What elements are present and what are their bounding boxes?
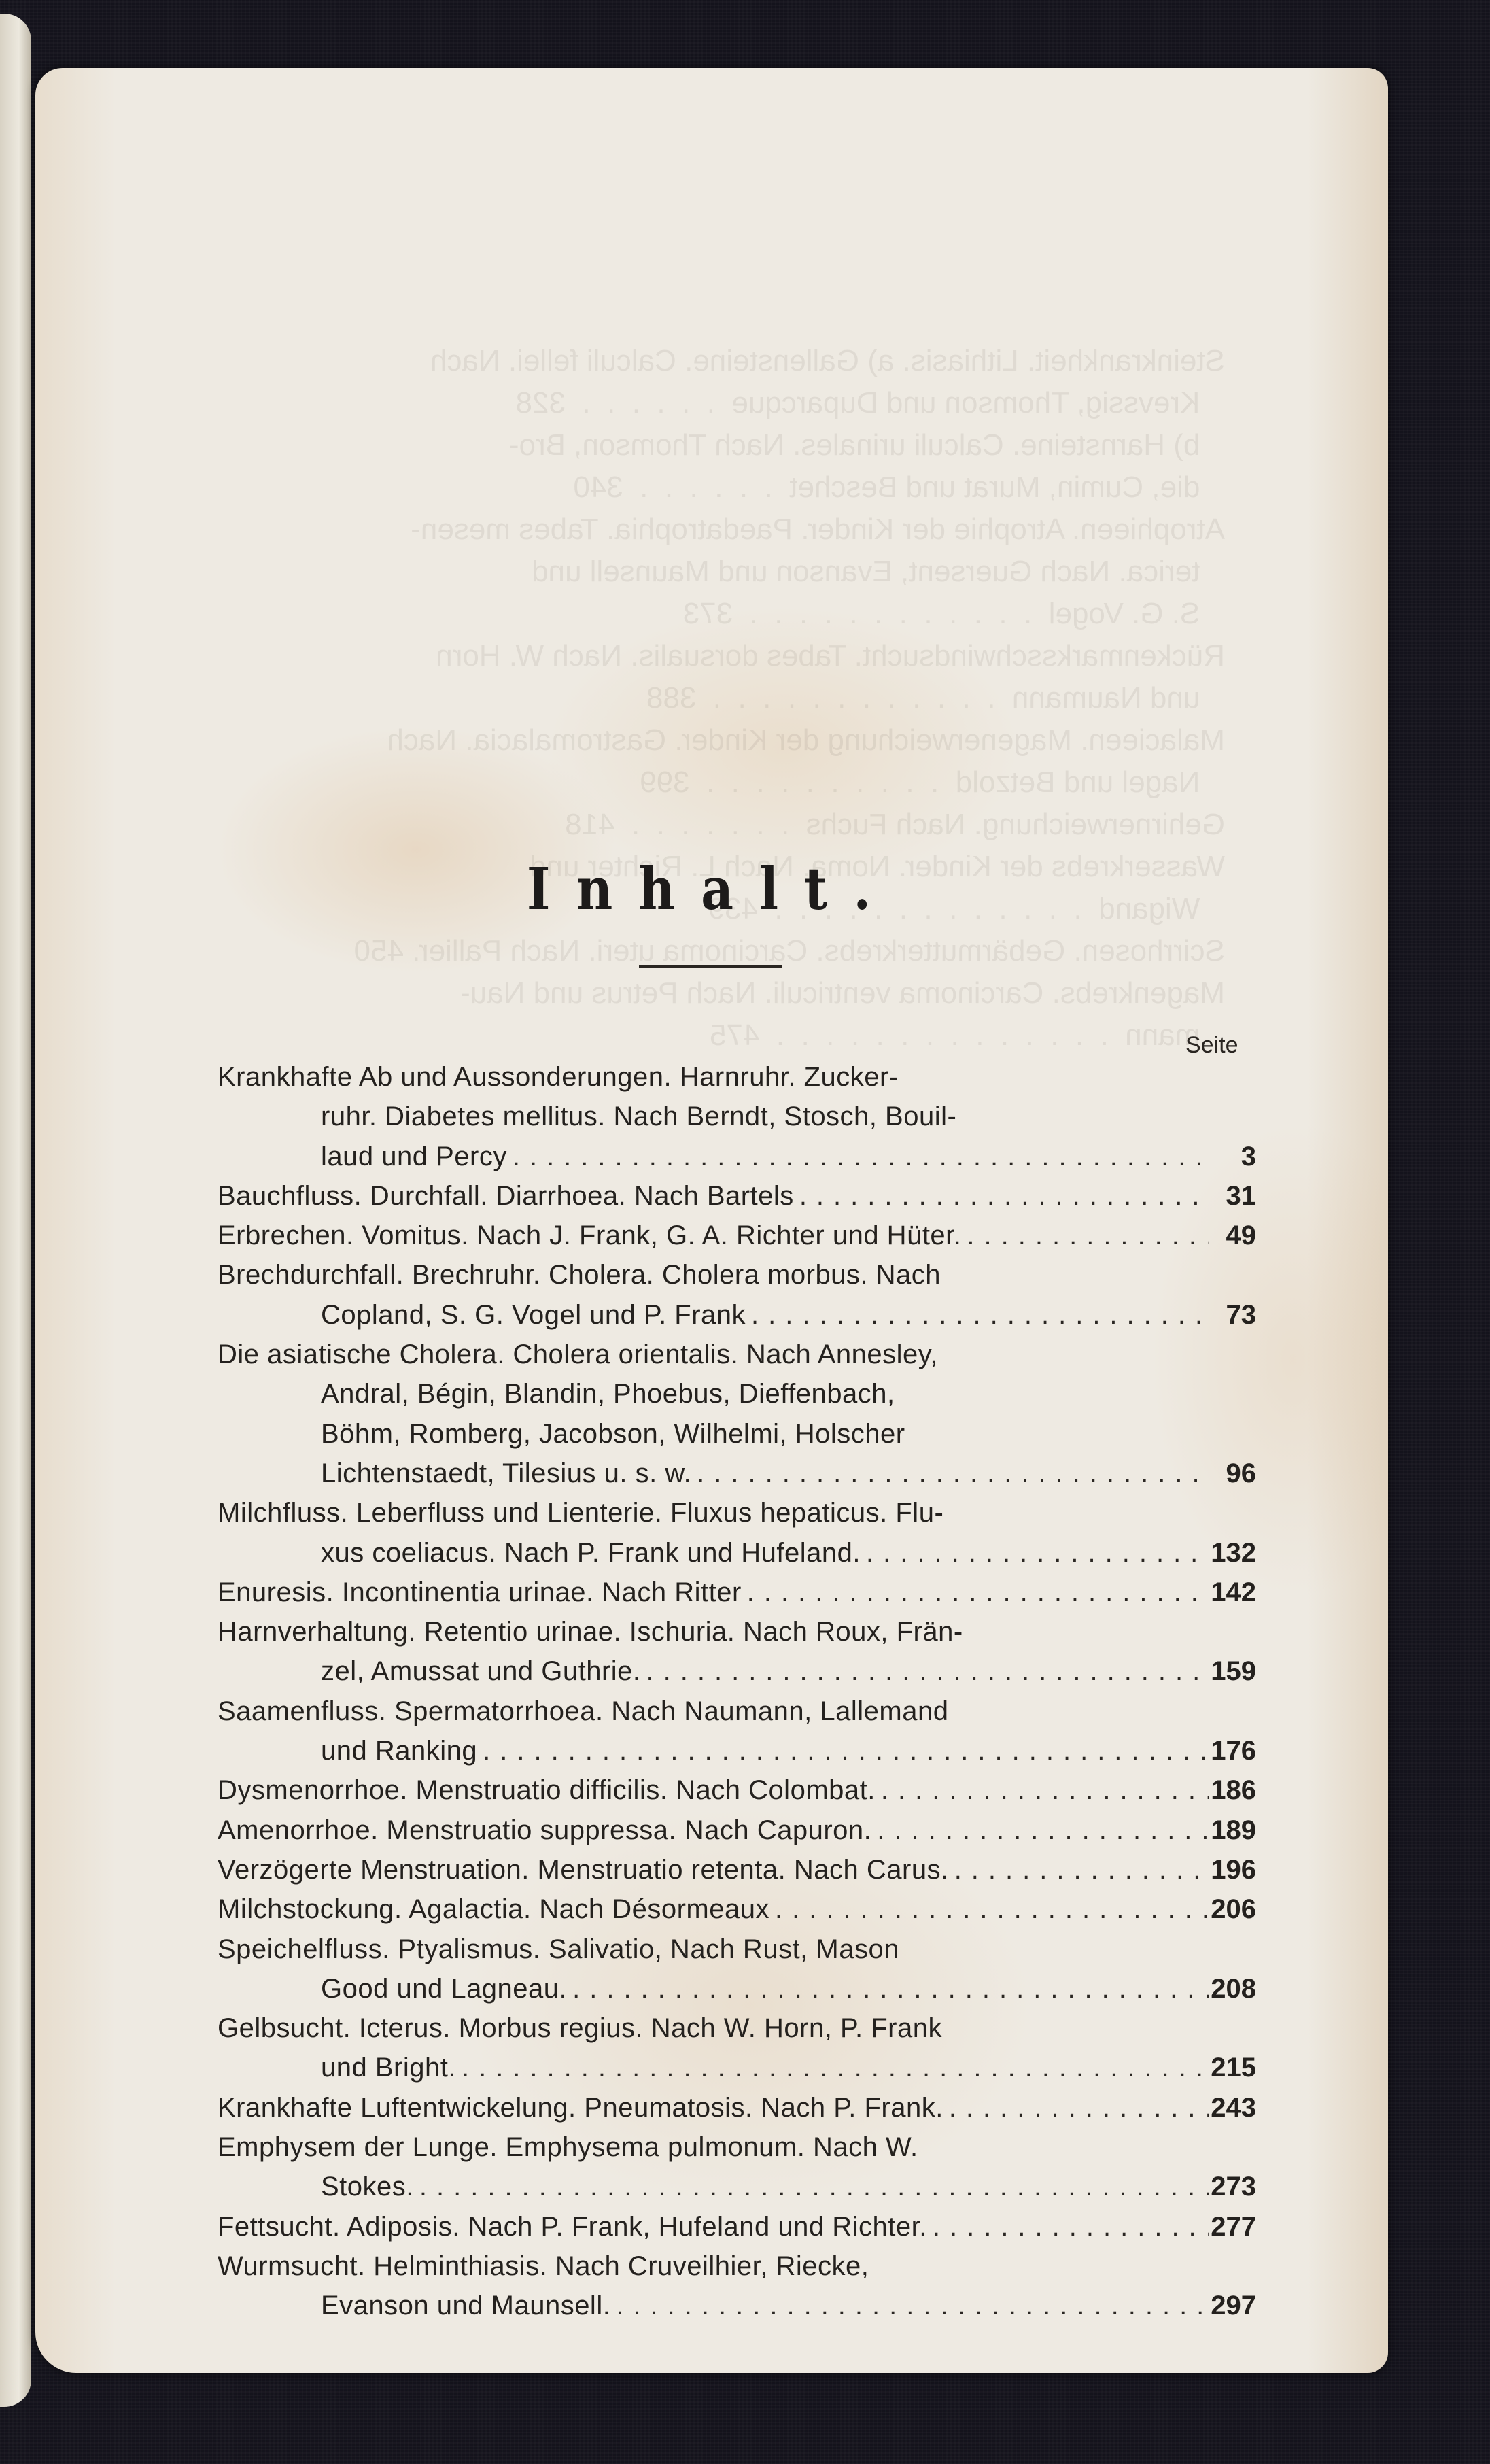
toc-line: Dysmenorrhoe. Menstruatio difficilis. Na… — [218, 1770, 1256, 1810]
toc-entry-text: Milchstockung. Agalactia. Nach Désormeau… — [218, 1889, 769, 1929]
toc-line: Verzögerte Menstruation. Menstruatio ret… — [218, 1850, 1256, 1889]
toc-page-number: 208 — [1209, 1969, 1256, 2008]
toc-line: Milchfluss. Leberfluss und Lienterie. Fl… — [218, 1493, 1256, 1533]
toc-entry: Speichelfluss. Ptyalismus. Salivatio, Na… — [218, 1930, 1256, 2009]
toc-page-number: 73 — [1209, 1295, 1256, 1335]
toc-line: Die asiatische Cholera. Cholera oriental… — [218, 1335, 1256, 1374]
toc-entry-text: Krankhafte Ab und Aussonderungen. Harnru… — [218, 1057, 1256, 1097]
toc-line: Lichtenstaedt, Tilesius u. s. w.........… — [218, 1454, 1256, 1493]
toc-entry-text: Milchfluss. Leberfluss und Lienterie. Fl… — [218, 1493, 1256, 1533]
toc-entry: Enuresis. Incontinentia urinae. Nach Rit… — [218, 1573, 1256, 1612]
toc-entry-text: Krankhafte Luftentwickelung. Pneumatosis… — [218, 2088, 943, 2127]
toc-line: Enuresis. Incontinentia urinae. Nach Rit… — [218, 1573, 1256, 1612]
toc-entry-text: Erbrechen. Vomitus. Nach J. Frank, G. A.… — [218, 1216, 961, 1255]
leader-dots: ........................................… — [961, 1216, 1209, 1255]
toc-entry: Gelbsucht. Icterus. Morbus regius. Nach … — [218, 2008, 1256, 2088]
toc-entry-text: Wurmsucht. Helminthiasis. Nach Cruveilhi… — [218, 2246, 1256, 2286]
leader-dots: ........................................… — [691, 1454, 1209, 1493]
toc-entry: Krankhafte Ab und Aussonderungen. Harnru… — [218, 1057, 1256, 1176]
toc-line: Fettsucht. Adiposis. Nach P. Frank, Hufe… — [218, 2207, 1256, 2246]
toc-entry-text: zel, Amussat und Guthrie. — [321, 1652, 641, 1691]
toc-entry-text: Fettsucht. Adiposis. Nach P. Frank, Hufe… — [218, 2207, 927, 2246]
toc-line: Evanson und Maunsell....................… — [218, 2286, 1256, 2325]
toc-page-number: 132 — [1209, 1533, 1256, 1573]
page-title: Inhalt. — [35, 856, 1388, 923]
leader-dots: ........................................… — [949, 1850, 1209, 1889]
toc-page-number: 215 — [1209, 2048, 1256, 2087]
toc-line: Andral, Bégin, Blandin, Phoebus, Dieffen… — [218, 1374, 1256, 1414]
toc-entry-text: Speichelfluss. Ptyalismus. Salivatio, Na… — [218, 1930, 1256, 1969]
toc-page-number: 186 — [1209, 1770, 1256, 1810]
toc-entry-text: und Ranking — [321, 1731, 477, 1770]
leader-dots: ........................................… — [861, 1533, 1209, 1573]
toc-line: Brechdurchfall. Brechruhr. Cholera. Chol… — [218, 1255, 1256, 1295]
book-page: Steinkrankheit. Lithiasis. a) Gallenstei… — [35, 68, 1388, 2373]
toc-entry: Fettsucht. Adiposis. Nach P. Frank, Hufe… — [218, 2207, 1256, 2246]
toc-entry: Verzögerte Menstruation. Menstruatio ret… — [218, 1850, 1256, 1889]
toc-line: Good und Lagneau........................… — [218, 1969, 1256, 2008]
leader-dots: ........................................… — [794, 1176, 1209, 1216]
leader-dots: ........................................… — [477, 1731, 1209, 1770]
toc-entry-text: laud und Percy — [321, 1137, 507, 1176]
toc-page-number: 49 — [1209, 1216, 1256, 1255]
leader-dots: ........................................… — [567, 1969, 1209, 2008]
toc-line: und Ranking.............................… — [218, 1731, 1256, 1770]
toc-line: und Bright..............................… — [218, 2048, 1256, 2087]
toc-line: Milchstockung. Agalactia. Nach Désormeau… — [218, 1889, 1256, 1929]
toc-line: Gelbsucht. Icterus. Morbus regius. Nach … — [218, 2008, 1256, 2048]
toc-entry-text: und Bright. — [321, 2048, 456, 2087]
toc-entry-text: Die asiatische Cholera. Cholera oriental… — [218, 1335, 1256, 1374]
toc-entry: Milchfluss. Leberfluss und Lienterie. Fl… — [218, 1493, 1256, 1573]
toc-page-number: 196 — [1209, 1850, 1256, 1889]
toc-entry-text: ruhr. Diabetes mellitus. Nach Berndt, St… — [321, 1097, 1256, 1136]
toc-page-number: 206 — [1209, 1889, 1256, 1929]
toc-line: Harnverhaltung. Retentio urinae. Ischuri… — [218, 1612, 1256, 1652]
leader-dots: ........................................… — [769, 1889, 1209, 1929]
leader-dots: ........................................… — [641, 1652, 1209, 1691]
toc-page-number: 31 — [1209, 1176, 1256, 1216]
toc-line: zel, Amussat und Guthrie................… — [218, 1652, 1256, 1691]
toc-line: Saamenfluss. Spermatorrhoea. Nach Nauman… — [218, 1692, 1256, 1731]
toc-page-number: 96 — [1209, 1454, 1256, 1493]
toc-line: Krankhafte Ab und Aussonderungen. Harnru… — [218, 1057, 1256, 1097]
toc-entry-text: xus coeliacus. Nach P. Frank und Hufelan… — [321, 1533, 861, 1573]
toc-page-number: 273 — [1209, 2167, 1256, 2206]
toc-page-number: 159 — [1209, 1652, 1256, 1691]
title-rule-divider — [639, 965, 782, 968]
toc-entry: Krankhafte Luftentwickelung. Pneumatosis… — [218, 2088, 1256, 2127]
toc-page-number: 142 — [1209, 1573, 1256, 1612]
leader-dots: ........................................… — [871, 1811, 1209, 1850]
toc-page-number: 189 — [1209, 1811, 1256, 1850]
leader-dots: ........................................… — [456, 2048, 1209, 2087]
toc-entry: Harnverhaltung. Retentio urinae. Ischuri… — [218, 1612, 1256, 1692]
toc-entry: Emphysem der Lunge. Emphysema pulmonum. … — [218, 2127, 1256, 2207]
toc-entry: Milchstockung. Agalactia. Nach Désormeau… — [218, 1889, 1256, 1929]
toc-entry: Bauchfluss. Durchfall. Diarrhoea. Nach B… — [218, 1176, 1256, 1216]
leader-dots: ........................................… — [927, 2207, 1209, 2246]
leader-dots: ........................................… — [943, 2088, 1209, 2127]
toc-line: Emphysem der Lunge. Emphysema pulmonum. … — [218, 2127, 1256, 2167]
toc-entry-text: Brechdurchfall. Brechruhr. Cholera. Chol… — [218, 1255, 1256, 1295]
toc-entry-text: Andral, Bégin, Blandin, Phoebus, Dieffen… — [321, 1374, 1256, 1414]
leader-dots: ........................................… — [414, 2167, 1209, 2206]
toc-entry: Amenorrhoe. Menstruatio suppressa. Nach … — [218, 1811, 1256, 1850]
leader-dots: ........................................… — [610, 2286, 1209, 2325]
toc-line: laud und Percy..........................… — [218, 1137, 1256, 1176]
toc-line: ruhr. Diabetes mellitus. Nach Berndt, St… — [218, 1097, 1256, 1136]
toc-line: Stokes..................................… — [218, 2167, 1256, 2206]
toc-entry-text: Gelbsucht. Icterus. Morbus regius. Nach … — [218, 2008, 1256, 2048]
toc-line: Wurmsucht. Helminthiasis. Nach Cruveilhi… — [218, 2246, 1256, 2286]
toc-entry-text: Emphysem der Lunge. Emphysema pulmonum. … — [218, 2127, 1256, 2167]
toc-line: Erbrechen. Vomitus. Nach J. Frank, G. A.… — [218, 1216, 1256, 1255]
toc-page-number: 176 — [1209, 1731, 1256, 1770]
toc-entry-text: Verzögerte Menstruation. Menstruatio ret… — [218, 1850, 949, 1889]
toc-entry: Dysmenorrhoe. Menstruatio difficilis. Na… — [218, 1770, 1256, 1810]
table-of-contents: Krankhafte Ab und Aussonderungen. Harnru… — [218, 1057, 1256, 2326]
toc-entry: Saamenfluss. Spermatorrhoea. Nach Nauman… — [218, 1692, 1256, 1771]
toc-entry-text: Harnverhaltung. Retentio urinae. Ischuri… — [218, 1612, 1256, 1652]
toc-line: Bauchfluss. Durchfall. Diarrhoea. Nach B… — [218, 1176, 1256, 1216]
toc-line: xus coeliacus. Nach P. Frank und Hufelan… — [218, 1533, 1256, 1573]
toc-entry: Brechdurchfall. Brechruhr. Cholera. Chol… — [218, 1255, 1256, 1335]
toc-entry-text: Böhm, Romberg, Jacobson, Wilhelmi, Holsc… — [321, 1414, 1256, 1454]
page-column-header: Seite — [1185, 1032, 1238, 1059]
toc-page-number: 277 — [1209, 2207, 1256, 2246]
toc-line: Copland, S. G. Vogel und P. Frank.......… — [218, 1295, 1256, 1335]
toc-entry: Erbrechen. Vomitus. Nach J. Frank, G. A.… — [218, 1216, 1256, 1255]
show-through-text: Steinkrankheit. Lithiasis. a) Gallenstei… — [192, 340, 1225, 1057]
toc-line: Speichelfluss. Ptyalismus. Salivatio, Na… — [218, 1930, 1256, 1969]
toc-page-number: 243 — [1209, 2088, 1256, 2127]
adjacent-page-edge — [0, 14, 31, 2407]
toc-entry: Wurmsucht. Helminthiasis. Nach Cruveilhi… — [218, 2246, 1256, 2326]
toc-entry-text: Amenorrhoe. Menstruatio suppressa. Nach … — [218, 1811, 871, 1850]
toc-line: Böhm, Romberg, Jacobson, Wilhelmi, Holsc… — [218, 1414, 1256, 1454]
toc-entry-text: Good und Lagneau. — [321, 1969, 567, 2008]
toc-entry-text: Dysmenorrhoe. Menstruatio difficilis. Na… — [218, 1770, 876, 1810]
toc-line: Amenorrhoe. Menstruatio suppressa. Nach … — [218, 1811, 1256, 1850]
toc-page-number: 3 — [1209, 1137, 1256, 1176]
toc-page-number: 297 — [1209, 2286, 1256, 2325]
toc-entry-text: Stokes. — [321, 2167, 414, 2206]
leader-dots: ........................................… — [507, 1137, 1209, 1176]
leader-dots: ........................................… — [876, 1770, 1209, 1810]
toc-entry-text: Copland, S. G. Vogel und P. Frank — [321, 1295, 746, 1335]
toc-entry-text: Bauchfluss. Durchfall. Diarrhoea. Nach B… — [218, 1176, 794, 1216]
toc-entry: Die asiatische Cholera. Cholera oriental… — [218, 1335, 1256, 1493]
toc-entry-text: Saamenfluss. Spermatorrhoea. Nach Nauman… — [218, 1692, 1256, 1731]
toc-entry-text: Enuresis. Incontinentia urinae. Nach Rit… — [218, 1573, 742, 1612]
toc-line: Krankhafte Luftentwickelung. Pneumatosis… — [218, 2088, 1256, 2127]
toc-entry-text: Evanson und Maunsell. — [321, 2286, 610, 2325]
toc-entry-text: Lichtenstaedt, Tilesius u. s. w. — [321, 1454, 691, 1493]
leader-dots: ........................................… — [746, 1295, 1209, 1335]
leader-dots: ........................................… — [742, 1573, 1209, 1612]
